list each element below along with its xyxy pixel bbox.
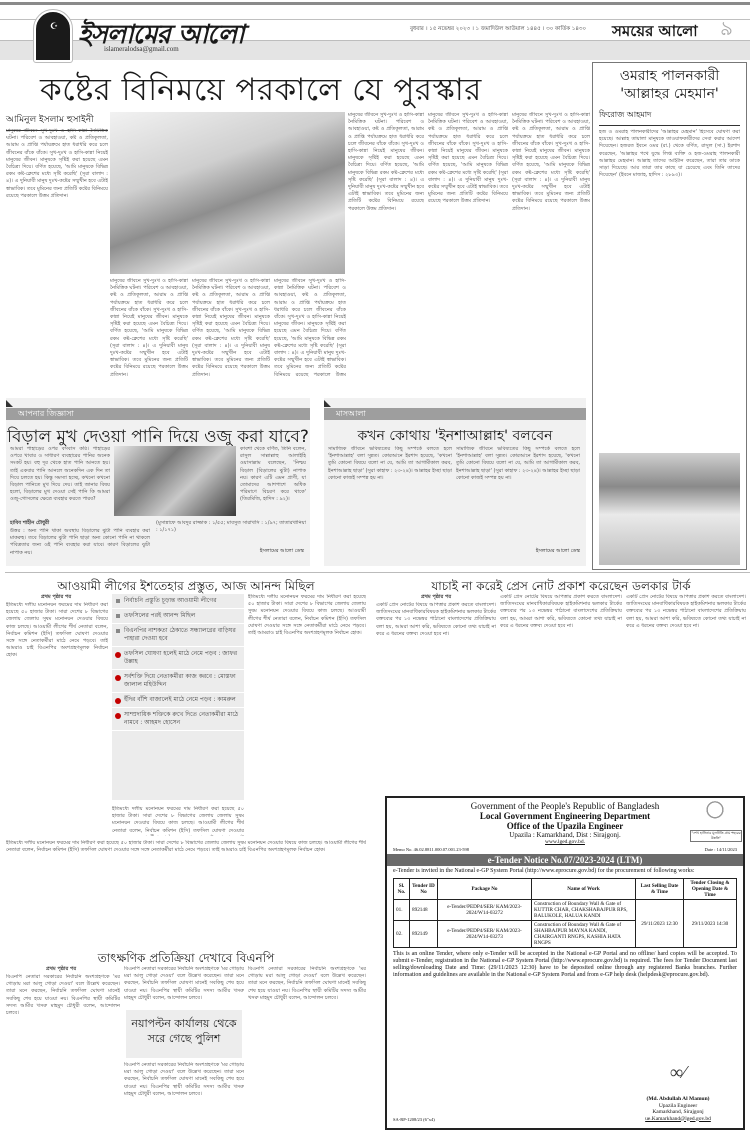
- lead-article-body-col6: মানুষের জীবনে সুখ-দুঃখ ও হাসি-কান্না নৈম…: [192, 278, 270, 378]
- tender-signature-block: ∞⁄ (Md. Abdullah Al Mamun) Upazila Engin…: [623, 1062, 733, 1122]
- qa-desk-credit: ইসলামের আলো ডেস্ক: [260, 548, 304, 556]
- col-sl: Sl. No.: [394, 879, 410, 900]
- qa-section-label: আপনার জিজ্ঞাসা: [6, 408, 310, 420]
- section-divider: [5, 572, 750, 573]
- masala-section: মাসআলা কখন কোথায় 'ইনশাআল্লাহ' বলবেন সাম…: [324, 398, 586, 566]
- lead-article-body-col3: মানুষের জীবনে সুখ-দুঃখ ও হাসি-কান্না নৈম…: [428, 112, 508, 376]
- boat-symbol-icon: [115, 698, 121, 704]
- news-left-body-col1: ইতিমধ্যে দলীয় মনোনয়ন ফরমের দাম নির্ধার…: [6, 602, 108, 836]
- cell-last-selling: 29/11/2023 12:30: [636, 900, 684, 948]
- masala-section-label: মাসআলা: [324, 408, 586, 420]
- news-right-body-col2: একটি প্রেস নোটের বিষয়ে আপত্তার প্রকাশ ক…: [500, 594, 622, 792]
- tender-website-link[interactable]: www.lged.gov.bd.: [393, 839, 737, 845]
- news-left-body-bottom: ইতিমধ্যে দলীয় মনোনয়ন ফরমের দাম নির্ধার…: [6, 840, 366, 950]
- tender-memo: Memo No. 46.02.8811.000.07.001.23-598: [393, 847, 469, 852]
- quote-item: সাম্প্রদায়িক শক্তিকে রুখে দিতে নেতাকর্ম…: [112, 708, 244, 731]
- news-right-body-col1: একটি প্রেস নোটের বিষয়ে আপত্তার প্রকাশ ক…: [376, 602, 496, 792]
- lead-article-body-col1: মানুষের জীবনে সুখ-দুঃখ ও হাসি-কান্না নৈম…: [6, 128, 108, 378]
- table-row: 01. 892148 e-Tender/PEDP4/SER/ KAM/2023-…: [394, 900, 737, 921]
- news-bnp-pull-quote: নয়াপল্টন কার্যালয় থেকে সরে গেছে পুলিশ: [126, 1010, 242, 1058]
- tender-notice-title: e-Tender Notice No.07/2023-2024 (LTM): [387, 854, 743, 866]
- side-article-photo: [599, 453, 740, 565]
- tender-terms: This is an online Tender, where only e-T…: [393, 951, 737, 979]
- masala-title: কখন কোথায় 'ইনশাআল্লাহ' বলবেন: [324, 424, 586, 448]
- news-left-highlights: নির্বাচনি প্রস্তুতি চূড়ান্ত আওয়ামী লীগ…: [112, 594, 244, 800]
- news-bnp-body-col4: বিএনপি নেতারা সরকারের নির্বাচনি অংশগ্রহণ…: [248, 966, 366, 1130]
- boat-symbol-icon: [115, 675, 121, 681]
- lead-article-body-col2: মানুষের জীবনে সুখ-দুঃখ ও হাসি-কান্না নৈম…: [348, 112, 424, 376]
- col-last-selling: Last Selling Date & Time: [636, 879, 684, 900]
- lead-article-body-col7: মানুষের জীবনে সুখ-দুঃখ ও হাসি-কান্না নৈম…: [274, 278, 346, 378]
- dateline: বুধবার । ১৫ নভেম্বর ২০২৩ । ১ জমাদিউল আউয…: [410, 26, 586, 34]
- tender-table-header: Sl. No. Tender ID No Package No Name of …: [394, 879, 737, 900]
- news-bnp-body-col1: বিএনপি নেতারা সরকারের নির্বাচনি অংশগ্রহণ…: [6, 974, 120, 1130]
- qa-asker: হাবিব শাহীন চৌধুরী: [10, 520, 49, 528]
- cell-work: Construction of Boundary Wall & Gate of …: [532, 921, 636, 948]
- portrait-emblem-icon: [700, 800, 730, 828]
- news-right-continued: প্রথম পৃষ্ঠার পর: [376, 594, 496, 602]
- cell-closing: 29/11/2023 14:30: [684, 900, 737, 948]
- boat-symbol-icon: [115, 713, 121, 719]
- qa-section: আপনার জিজ্ঞাসা বিড়াল মুখ দেওয়া পানি দি…: [6, 398, 310, 566]
- tender-dept-line: Local Government Engineering Department: [393, 811, 737, 821]
- masala-body-col2: সামাজিক জীবনে ভবিষ্যতের কিছু সম্পর্কে বল…: [456, 446, 580, 546]
- col-closing: Tender Closing & Opening Date & Time: [684, 879, 737, 900]
- quote-item: তফসিল ঘোষণা হলেই মাঠে নেমে পড়ব : জাফর উ…: [112, 647, 244, 670]
- news-left-body-col3: ইতিমধ্যে দলীয় মনোনয়ন ফরমের দাম নির্ধার…: [112, 806, 244, 836]
- signatory-email[interactable]: ue.Kamarkhand@lged.gov.bd: [623, 1116, 733, 1123]
- tender-gov-line: Government of the People's Republic of B…: [393, 801, 737, 811]
- qa-answer: উত্তর : অন্য পানি থাকা অবস্থায় বিড়ালের…: [10, 528, 150, 558]
- tender-office-line: Office of the Upazila Engineer: [393, 821, 737, 831]
- square-bullet-icon: [116, 614, 120, 618]
- masala-desk-credit: ইসলামের আলো ডেস্ক: [536, 548, 580, 556]
- newspaper-name: সময়ের আলো: [612, 20, 698, 45]
- qa-hadith: কাবশা থেকে বর্ণিত, তিনি বলেন, রাসুল সাল্…: [240, 446, 306, 516]
- lead-article-body-col5: মানুষের জীবনে সুখ-দুঃখ ও হাসি-কান্না নৈম…: [110, 278, 188, 378]
- masala-body-col1: সামাজিক জীবনে ভবিষ্যতের কিছু সম্পর্কে বল…: [328, 446, 452, 554]
- boat-symbol-icon: [115, 652, 121, 658]
- tender-ad-code: SA-RP-1208/23 (6"x4): [393, 1117, 435, 1122]
- quote-item: ইঁদির বাঁশি বাজালেই মাঠে নেমে পড়ব : কাম…: [112, 693, 244, 708]
- side-article-box: ওমরাহ পালনকারী 'আল্লাহর মেহমান' ফিরোজ আহ…: [592, 62, 747, 570]
- tender-slogan: "শেখ হাসিনার মূলনীতি গ্রাম শহরের উন্নতি": [690, 830, 742, 842]
- top-rule: [0, 2, 750, 5]
- lead-article-title: কষ্টের বিনিময়ে পরকালে যে পুরস্কার: [40, 66, 482, 118]
- tender-intro: e-Tender is invited in the National e-GP…: [393, 868, 737, 875]
- side-article-title-1: ওমরাহ পালনকারী: [599, 67, 740, 85]
- news-left-continued: প্রথম পৃষ্ঠার পর: [6, 594, 106, 602]
- tender-location-line: Upazila : Kamarkhand, Dist : Sirajgonj.: [393, 831, 737, 839]
- news-bnp-continued: প্রথম পৃষ্ঠার পর: [6, 966, 116, 974]
- qa-question: আমরা পাহাড়ের ওপর বসবাস করি। পাহাড়ের ওপ…: [10, 446, 110, 510]
- tender-date: Date : 14/11/2023: [705, 847, 737, 852]
- tender-memo-row: Memo No. 46.02.8811.000.07.001.23-598 Da…: [393, 847, 737, 852]
- cell-tender-id: 892149: [410, 921, 438, 948]
- section-email[interactable]: islameralodsa@gmail.com: [104, 45, 179, 53]
- news-bnp-body-col2: বিএনপি নেতারা সরকারের নির্বাচনি অংশগ্রহণ…: [124, 966, 244, 1006]
- highlight-item: নির্বাচনি প্রস্তুতি চূড়ান্ত আওয়ামী লীগ…: [112, 594, 244, 609]
- col-tender-id: Tender ID No: [410, 879, 438, 900]
- cell-package: e-Tender/PEDP4/SER/ KAM/2023- 2024/W14-0…: [438, 921, 532, 948]
- square-bullet-icon: [116, 629, 120, 633]
- side-article-body: হজ ও ওমরাহ পালনকারীদের 'আল্লাহর মেহমান' …: [599, 129, 740, 449]
- news-right-body-col3: একটি প্রেস নোটের বিষয়ে আপত্তার প্রকাশ ক…: [626, 594, 746, 792]
- quote-item: সর্বশক্তি দিয়ে নেতাকর্মীরা কাজ করবে : ম…: [112, 670, 244, 693]
- tender-table: Sl. No. Tender ID No Package No Name of …: [393, 878, 737, 948]
- cell-package: e-Tender/PEDP4/SER/ KAM/2023- 2024/W14-0…: [438, 900, 532, 921]
- news-bnp-body-col3: বিএনপি নেতারা সরকারের নির্বাচনি অংশগ্রহণ…: [124, 1062, 244, 1130]
- page-number: ৯: [720, 14, 733, 47]
- highlight-item: তফসিলের পরই আনন্দ মিছিল: [112, 609, 244, 624]
- news-left-body-col2: ইতিমধ্যে দলীয় মনোনয়ন ফরমের দাম নির্ধার…: [248, 594, 366, 836]
- square-bullet-icon: [116, 599, 120, 603]
- cell-work: Construction of Boundary Wall & Gate of …: [532, 900, 636, 921]
- cell-sl: 02.: [394, 921, 410, 948]
- crescent-icon: ☪: [50, 22, 58, 32]
- col-package: Package No: [438, 879, 532, 900]
- lead-article-body-col4: মানুষের জীবনে সুখ-দুঃখ ও হাসি-কান্না নৈম…: [512, 112, 590, 376]
- col-work: Name of Work: [532, 879, 636, 900]
- qa-reference: (মুসান্নাফে আবদুর রাজ্জাক : ১/৫৫; মাবসুত…: [156, 520, 306, 542]
- signature-icon: ∞⁄: [623, 1062, 733, 1096]
- tender-notice-ad: Government of the People's Republic of B…: [385, 796, 745, 1130]
- side-article-author: ফিরোজ আহমাদ: [599, 109, 740, 126]
- side-article-title-2: 'আল্লাহর মেহমান': [599, 85, 740, 103]
- qa-cat-photo: [114, 446, 236, 516]
- lead-article-photo: [110, 112, 345, 274]
- cell-tender-id: 892148: [410, 900, 438, 921]
- cell-sl: 01.: [394, 900, 410, 921]
- mosque-logo-icon: ☪: [34, 10, 72, 62]
- highlight-item: বিএনপির নাশকতা ঠেকাতে সন্ধ্যালগ্নের বাড়…: [112, 624, 244, 647]
